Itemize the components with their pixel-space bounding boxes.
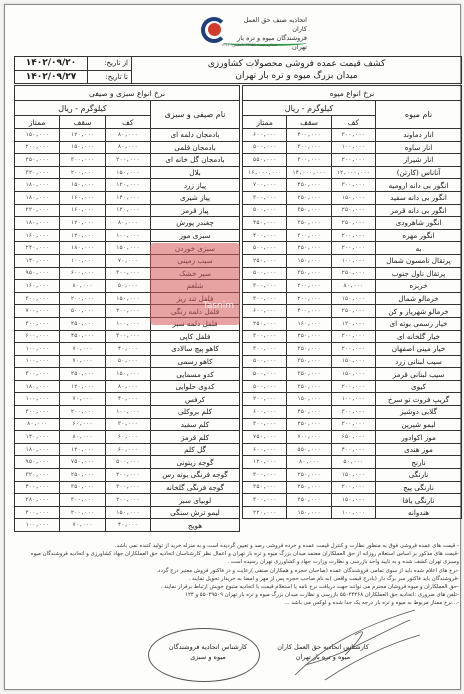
item-name: پیاز قرمز: [151, 204, 240, 217]
max-price: ۲۰۰,۰۰۰: [60, 292, 105, 305]
min-price: ۲۰۰,۰۰۰: [105, 469, 150, 482]
note: -فروشندگان باید فاکتور سر برگ دار (بادرج…: [15, 575, 459, 583]
max-price: ۲۰۰,۰۰۰: [60, 506, 105, 519]
max-price: ۳۵۰,۰۰۰: [287, 267, 331, 280]
table-row: ۲۲۰,۰۰۰۱۶۰,۰۰۰۱۲۰,۰۰۰پیاز قرمز: [15, 204, 240, 217]
min-price: ۳۰۰,۰۰۰: [105, 481, 150, 494]
item-name: پرتقال ناول جنوب: [376, 267, 462, 280]
unit-header: کیلوگرم - ریال: [15, 101, 151, 116]
table-row: ۹۵۰,۰۰۰۷۵۰,۰۰۰۵۰۰,۰۰۰گوجه زیتونی: [15, 456, 240, 469]
premium-price: ۳۰۰,۰۰۰: [243, 494, 287, 507]
max-price: ۲۰۰,۰۰۰: [60, 166, 105, 179]
item-name: انار شیراز: [376, 154, 462, 167]
premium-price: ۳۸۰,۰۰۰: [15, 494, 60, 507]
premium-price: ۷۰۰,۰۰۰: [15, 305, 60, 318]
max-price: ۷۰,۰۰۰: [60, 355, 105, 368]
min-price: ۵۰,۰۰۰: [105, 355, 150, 368]
item-name: انگور بی دانه قرمز: [376, 204, 462, 217]
max-price: ۲۵۰,۰۰۰: [287, 191, 331, 204]
document-title: کشف قیمت عمده فروشی محصولات کشاورزی میدا…: [132, 57, 462, 84]
table-row: ۵۰۰,۰۰۰۳۵۰,۰۰۰۲۵۰,۰۰۰پرتقال ناول جنوب: [243, 267, 462, 280]
min-price: ۲۰۰,۰۰۰: [105, 305, 150, 318]
premium-price: ۴۵۰,۰۰۰: [243, 217, 287, 230]
item-name: به: [376, 242, 462, 255]
table-row: ۵۵۰,۰۰۰۳۰۰,۰۰۰۲۰۰,۰۰۰انار شیراز: [243, 154, 462, 167]
table-row: ۱۲۰,۰۰۰۸۰,۰۰۰۵۰,۰۰۰نارنج: [243, 456, 462, 469]
min-price: ۱۰۰,۰۰۰: [331, 506, 375, 519]
vegetables-section-title: نرخ انواع سبزی و صیفی: [15, 86, 240, 101]
min-price: ۶۰,۰۰۰: [105, 431, 150, 444]
apple-icon: [208, 23, 221, 36]
max-price: ۲۵۰,۰۰۰: [287, 330, 331, 343]
min-price: ۴۰۰,۰۰۰: [331, 443, 375, 456]
table-row: ۶۰۰,۰۰۰۴۰۰,۰۰۰۳۰۰,۰۰۰انار دماوند: [243, 129, 462, 142]
premium-price: ۳۵۰,۰۰۰: [15, 154, 60, 167]
item-name: کاهو پیچ سالادی: [151, 343, 240, 356]
min-price: ۱۴۰,۰۰۰: [105, 191, 150, 204]
item-name: موز اکوادور: [376, 431, 462, 444]
item-name: خیار گلخانه ای: [376, 330, 462, 343]
premium-price: ۹۵۰,۰۰۰: [15, 456, 60, 469]
union-logo: اتحادیه صنف حق العمل کاران فروشندگان میو…: [201, 13, 311, 55]
item-name: نارنگی پیج: [376, 481, 462, 494]
premium-price: ۳۰۰,۰۰۰: [243, 330, 287, 343]
table-row: ۳۰۰,۰۰۰۲۵۰,۰۰۰۱۵۰,۰۰۰نارنگی: [243, 469, 462, 482]
min-price: ۴۰,۰۰۰: [105, 393, 150, 406]
premium-price: ۲۵۰,۰۰۰: [243, 317, 287, 330]
item-name: بادمجان گل خانه ای: [151, 154, 240, 167]
max-price: ۳۰۰,۰۰۰: [287, 229, 331, 242]
max-price: ۳۵۰,۰۰۰: [60, 481, 105, 494]
max-price: ۲۵۰,۰۰۰: [287, 469, 331, 482]
min-price: ۲۵۰,۰۰۰: [331, 305, 375, 318]
max-price: ۸۰,۰۰۰: [60, 280, 105, 293]
name-header: نام صیفی و سبزی: [151, 101, 240, 129]
max-price: ۲۰۰,۰۰۰: [287, 292, 331, 305]
premium-price: ۱۰۰,۰۰۰: [15, 519, 60, 532]
premium-price: ۳۲۰,۰۰۰: [15, 469, 60, 482]
premium-price: ۲۵۰,۰۰۰: [243, 254, 287, 267]
max-price: ۱۵۰,۰۰۰: [60, 179, 105, 192]
premium-price: ۹۵۰,۰۰۰: [15, 267, 60, 280]
item-name: انار ساوه: [376, 141, 462, 154]
min-price: ۱۵۰,۰۰۰: [331, 368, 375, 381]
table-row: ۱۸۰,۰۰۰۱۲۰,۰۰۰۸۰,۰۰۰چغندر پورش: [15, 217, 240, 230]
max-price: ۳۰۰,۰۰۰: [60, 494, 105, 507]
max-price: ۱۵۰,۰۰۰: [287, 393, 331, 406]
item-name: کاهو رسمی: [151, 355, 240, 368]
premium-price: ۴۰۰,۰۰۰: [15, 481, 60, 494]
max-price: ۵۰۰,۰۰۰: [60, 305, 105, 318]
table-row: ۳۵۰,۰۰۰۲۵۰,۰۰۰۲۰۰,۰۰۰نارنگی پیج: [243, 481, 462, 494]
item-name: خرمالو شهریار و کن: [376, 305, 462, 318]
min-price: ۲۰۰,۰۰۰: [331, 242, 375, 255]
min-price: ۱۵۰,۰۰۰: [105, 242, 150, 255]
premium-price: ۷۵۰,۰۰۰: [243, 431, 287, 444]
item-name: پیاز شیری: [151, 191, 240, 204]
max-price: ۷۵۰,۰۰۰: [60, 456, 105, 469]
table-row: ۱۴۰,۰۰۰۸۰,۰۰۰۶۰,۰۰۰کلم قرمز: [15, 431, 240, 444]
premium-price: ۱۸۰,۰۰۰: [15, 443, 60, 456]
table-row: ۳۰۰,۰۰۰۲۰۰,۰۰۰۸۰,۰۰۰خربزه: [243, 280, 462, 293]
min-price: ۲۵۰,۰۰۰: [331, 217, 375, 230]
premium-price: ۱۵۰,۰۰۰: [15, 129, 60, 142]
item-name: نارنگی یافا: [376, 494, 462, 507]
item-name: گل کلم: [151, 443, 240, 456]
table-row: ۲۰۰,۰۰۰۱۵۰,۰۰۰۱۰۰,۰۰۰گریپ فروت تو سرخ: [243, 393, 462, 406]
table-row: ۳۰۰,۰۰۰۲۵۰,۰۰۰۲۰۰,۰۰۰لیمو شیرین: [243, 418, 462, 431]
note: -تلفن های ضروری :اتحادیه حق العملکاران ۵…: [15, 591, 459, 599]
premium-price: ۴۰۰,۰۰۰: [243, 229, 287, 242]
table-row: ۷۵۰,۰۰۰۷۰۰,۰۰۰۶۵۰,۰۰۰موز اکوادور: [243, 431, 462, 444]
premium-price: ۵۰۰,۰۰۰: [243, 204, 287, 217]
max-price: ۴۰۰,۰۰۰: [287, 129, 331, 142]
table-row: ۱۸۰,۰۰۰۱۲۰,۰۰۰۶۰,۰۰۰گل کلم: [15, 443, 240, 456]
max-price: ۶۰,۰۰۰: [60, 418, 105, 431]
min-price: ۲۰۰,۰۰۰: [105, 494, 150, 507]
premium-price: ۲۲۰,۰۰۰: [15, 204, 60, 217]
premium-price: ۳۰۰,۰۰۰: [243, 292, 287, 305]
table-row: ۱۰۰,۰۰۰۷۰,۰۰۰۵۰,۰۰۰کاهو رسمی: [15, 355, 240, 368]
item-name: کیوی: [376, 380, 462, 393]
registration-line: شماره ثبت: ۳۳۹۵۴ تاسیس: ۱۳۹۱: [221, 42, 277, 47]
premium-price: ۳۰۰,۰۰۰: [15, 406, 60, 419]
min-price: ۶۰,۰۰۰: [105, 443, 150, 456]
table-row: ۵۰۰,۰۰۰۳۵۰,۰۰۰۱۵۰,۰۰۰سیب لبنانی قرمز: [243, 368, 462, 381]
min-price: ۱۲۰,۰۰۰: [105, 179, 150, 192]
item-name: کلم سفید: [151, 418, 240, 431]
item-name: نارنج: [376, 456, 462, 469]
min-price: ۸۰,۰۰۰: [331, 280, 375, 293]
min-price: ۱۵۰,۰۰۰: [331, 191, 375, 204]
item-name: بادمجان دلمه ای: [151, 129, 240, 142]
to-date: ۱۴۰۲/۰۹/۲۷: [15, 70, 88, 84]
table-row: ۳۵۰,۰۰۰۳۰۰,۰۰۰۲۰۰,۰۰۰بادمجان گل خانه ای: [15, 154, 240, 167]
table-row: ۶۰۰,۰۰۰۴۰۰,۰۰۰۲۵۰,۰۰۰خرمالو شهریار و کن: [243, 305, 462, 318]
item-name: لوبیای سبز: [151, 494, 240, 507]
max-price: ۱۲۰,۰۰۰: [60, 380, 105, 393]
max-header: سقف: [60, 116, 105, 129]
premium-price: ۱۴۰,۰۰۰: [15, 431, 60, 444]
min-price: ۲۰۰,۰۰۰: [105, 154, 150, 167]
max-price: ۱۴,۰۰۰,۰۰۰: [287, 166, 331, 179]
min-header: کف: [331, 116, 375, 129]
premium-price: ۵۰۰,۰۰۰: [243, 267, 287, 280]
item-name: هندوانه: [376, 506, 462, 519]
item-name: کرفس: [151, 393, 240, 406]
min-price: ۳۰۰,۰۰۰: [331, 406, 375, 419]
premium-price: ۱۰۰,۰۰۰: [15, 393, 60, 406]
premium-price: ۳۰۰,۰۰۰: [15, 506, 60, 519]
max-price: ۸۰,۰۰۰: [60, 431, 105, 444]
item-name: سبزی موز: [151, 229, 240, 242]
min-price: ۳۰۰,۰۰۰: [331, 129, 375, 142]
premium-price: ۱۶۰,۰۰۰: [15, 229, 60, 242]
premium-price: ۱۲۰,۰۰۰: [243, 456, 287, 469]
max-price: ۶۰۰,۰۰۰: [60, 267, 105, 280]
tasnim-watermark: Tasnim: [150, 243, 240, 325]
item-name: هویج: [151, 519, 240, 532]
table-row: ۱۰۰,۰۰۰۷۰,۰۰۰۴۰,۰۰۰هویج: [15, 519, 240, 532]
max-price: ۲۵۰,۰۰۰: [287, 343, 331, 356]
premium-price: ۲۰۰,۰۰۰: [243, 393, 287, 406]
max-price: ۴۵۰,۰۰۰: [287, 179, 331, 192]
max-price: ۱۵۰,۰۰۰: [287, 254, 331, 267]
min-price: ۳۰۰,۰۰۰: [105, 267, 150, 280]
max-price: ۲۵۰,۰۰۰: [287, 418, 331, 431]
fruits-section-title: نرخ انواع میوه: [243, 86, 462, 101]
premium-price: ۵۰۰,۰۰۰: [243, 355, 287, 368]
max-price: ۱۵۰,۰۰۰: [60, 141, 105, 154]
handwritten-signature: [285, 605, 425, 685]
premium-price: ۱۸۰,۰۰۰: [15, 179, 60, 192]
max-price: ۱۲۰,۰۰۰: [60, 229, 105, 242]
min-price: ۶۵۰,۰۰۰: [331, 431, 375, 444]
min-price: ۱۲۰,۰۰۰: [331, 317, 375, 330]
max-price: ۱۲۰,۰۰۰: [60, 129, 105, 142]
max-price: ۵۵۰,۰۰۰: [287, 443, 331, 456]
min-price: ۲۵۰,۰۰۰: [331, 204, 375, 217]
max-price: ۳۵۰,۰۰۰: [287, 368, 331, 381]
max-price: ۳۵۰,۰۰۰: [287, 204, 331, 217]
item-name: کلم بروکلی: [151, 406, 240, 419]
table-row: ۵۰۰,۰۰۰۳۵۰,۰۰۰۱۵۰,۰۰۰سیب لبنانی زرد: [243, 355, 462, 368]
table-row: ۳۲۰,۰۰۰۲۰۰,۰۰۰۱۵۰,۰۰۰بلال: [15, 166, 240, 179]
min-price: ۱۰۰,۰۰۰: [105, 229, 150, 242]
premium-price: ۵۰۰,۰۰۰: [243, 368, 287, 381]
item-name: گوجه فرنگی گلخانه: [151, 481, 240, 494]
min-price: ۱۰۰,۰۰۰: [105, 317, 150, 330]
max-price: ۱۵۰,۰۰۰: [287, 506, 331, 519]
max-price: ۲۵۰,۰۰۰: [60, 317, 105, 330]
premium-price: ۶۰۰,۰۰۰: [243, 443, 287, 456]
table-row: ۱۰۰,۰۰۰۷۰,۰۰۰۴۰,۰۰۰کاهو پیچ سالادی: [15, 343, 240, 356]
max-price: ۷۰,۰۰۰: [60, 393, 105, 406]
min-price: ۳۰۰,۰۰۰: [105, 330, 150, 343]
table-row: ۲۰۰,۰۰۰۱۵۰,۰۰۰۸۰,۰۰۰بادمجان قلمی: [15, 141, 240, 154]
max-price: ۳۵۰,۰۰۰: [287, 355, 331, 368]
item-name: گریپ فروت تو سرخ: [376, 393, 462, 406]
item-name: خیار مینی اصفهان: [376, 343, 462, 356]
signature-vegetable-union: کارشناس اتحادیه فروشندگان میوه و سبزی: [163, 642, 253, 662]
min-price: ۱۵۰,۰۰۰: [331, 292, 375, 305]
table-row: ۲۵۰,۰۰۰۱۶۰,۰۰۰۱۲۰,۰۰۰خیار رسمی بوته ای: [243, 317, 462, 330]
max-price: ۲۵۰,۰۰۰: [287, 481, 331, 494]
premium-price: ۸۰,۰۰۰: [15, 418, 60, 431]
premium-price: ۳۰۰,۰۰۰: [243, 469, 287, 482]
min-price: ۱۰۰,۰۰۰: [331, 141, 375, 154]
item-name: گلابی دوشیز: [376, 406, 462, 419]
header-table: ۱۴۰۲/۰۹/۲۰ از تاریخ: کشف قیمت عمده فروشی…: [14, 56, 462, 84]
table-row: ۳۰۰,۰۰۰۲۰۰,۰۰۰۱۰۰,۰۰۰کلم بروکلی: [15, 406, 240, 419]
item-name: کدو مسمایی: [151, 368, 240, 381]
premium-price: ۶۰۰,۰۰۰: [15, 330, 60, 343]
min-price: ۳۰۰,۰۰۰: [331, 179, 375, 192]
min-price: ۲۰۰,۰۰۰: [331, 380, 375, 393]
min-price: ۲۰۰,۰۰۰: [331, 481, 375, 494]
premium-price: ۳۰۰,۰۰۰: [243, 418, 287, 431]
max-price: ۱۶۰,۰۰۰: [60, 204, 105, 217]
table-row: ۵۰۰,۰۰۰۳۵۰,۰۰۰۲۵۰,۰۰۰انگور بی دانه قرمز: [243, 204, 462, 217]
item-name: پرتقال تامسون شمال: [376, 254, 462, 267]
min-price: ۲۰۰,۰۰۰: [331, 330, 375, 343]
premium-price: ۱۴۰,۰۰۰: [15, 254, 60, 267]
from-date-label: از تاریخ:: [88, 57, 132, 71]
item-name: انگور شاهرودی: [376, 217, 462, 230]
premium-price: ۵۵۰,۰۰۰: [243, 154, 287, 167]
item-name: خرمالو شمال: [376, 292, 462, 305]
min-price: ۱۲۰,۰۰۰: [105, 204, 150, 217]
min-price: ۸۰,۰۰۰: [105, 380, 150, 393]
item-name: لیمو ترش سنگی: [151, 506, 240, 519]
table-row: ۶۰۰,۰۰۰۴۵۰,۰۰۰۳۰۰,۰۰۰گلابی دوشیز: [243, 406, 462, 419]
min-price: ۵۰,۰۰۰: [105, 280, 150, 293]
table-row: ۳۰۰,۰۰۰۲۵۰,۰۰۰۲۰۰,۰۰۰خیار گلخانه ای: [243, 330, 462, 343]
item-name: کلم قرمز: [151, 431, 240, 444]
premium-price: ۲۲۰,۰۰۰: [243, 506, 287, 519]
premium-price: ۵۰۰,۰۰۰: [243, 141, 287, 154]
max-price: ۸۰,۰۰۰: [287, 456, 331, 469]
note: -حق العملکاران و میوه فروشان محترم می تو…: [15, 583, 459, 591]
min-price: ۵۰۰,۰۰۰: [105, 456, 150, 469]
item-name: موز هندی: [376, 443, 462, 456]
premium-price: ۱۰۰,۰۰۰: [15, 343, 60, 356]
min-price: ۱۵۰,۰۰۰: [331, 494, 375, 507]
table-row: ۳۰۰,۰۰۰۲۵۰,۰۰۰۱۵۰,۰۰۰نارنگی یافا: [243, 494, 462, 507]
max-price: ۷۰,۰۰۰: [60, 343, 105, 356]
max-price: ۳۵۰,۰۰۰: [287, 380, 331, 393]
premium-price: ۳۰۰,۰۰۰: [243, 191, 287, 204]
table-row: ۱۸۰,۰۰۰۱۵۰,۰۰۰۱۲۰,۰۰۰پیاز زرد: [15, 179, 240, 192]
premium-price: ۷۰۰,۰۰۰: [243, 179, 287, 192]
min-price: ۱۲,۰۰۰,۰۰۰: [331, 166, 375, 179]
item-name: نارنگی: [376, 469, 462, 482]
max-price: ۱۶۰,۰۰۰: [287, 317, 331, 330]
min-price: ۴۰,۰۰۰: [105, 519, 150, 532]
premium-header: ممتاز: [243, 116, 287, 129]
table-row: ۶۰۰,۰۰۰۴۵۰,۰۰۰۳۰۰,۰۰۰فلفل کاپی: [15, 330, 240, 343]
min-price: ۱۵۰,۰۰۰: [105, 166, 150, 179]
item-name: گوجه زیتونی: [151, 456, 240, 469]
max-price: ۲۵۰,۰۰۰: [60, 469, 105, 482]
from-date: ۱۴۰۲/۰۹/۲۰: [15, 57, 88, 71]
min-price: ۷۰,۰۰۰: [105, 254, 150, 267]
min-price: ۳۰,۰۰۰: [105, 418, 150, 431]
table-row: ۴۰۰,۰۰۰۳۰۰,۰۰۰۲۰۰,۰۰۰انگور مهره: [243, 229, 462, 242]
fruits-table: نرخ انواع میوه کیلوگرم - ریال نام میوه م…: [242, 85, 462, 519]
max-price: ۷۰۰,۰۰۰: [287, 431, 331, 444]
max-price: ۳۵۰,۰۰۰: [287, 217, 331, 230]
table-row: ۱۸۰,۰۰۰۱۲۰,۰۰۰۸۰,۰۰۰کدوی حلوایی: [15, 380, 240, 393]
min-price: ۸۰,۰۰۰: [105, 129, 150, 142]
item-name: انگور بی دانه سفید: [376, 191, 462, 204]
premium-price: ۵۰۰,۰۰۰: [243, 380, 287, 393]
table-row: ۱۵۰,۰۰۰۱۲۰,۰۰۰۸۰,۰۰۰بادمجان دلمه ای: [15, 129, 240, 142]
min-price: ۵۰,۰۰۰: [331, 456, 375, 469]
premium-price: ۱۸۰,۰۰۰: [15, 217, 60, 230]
min-price: ۱۵۰,۰۰۰: [331, 469, 375, 482]
table-row: ۵۰۰,۰۰۰۲۵۰,۰۰۰۲۰۰,۰۰۰به: [243, 242, 462, 255]
min-price: ۱۰۰,۰۰۰: [105, 406, 150, 419]
max-price: ۴۵۰,۰۰۰: [287, 406, 331, 419]
table-row: ۳۰۰,۰۰۰۲۵۰,۰۰۰۱۵۰,۰۰۰کدو مسمایی: [15, 368, 240, 381]
min-price: ۲۵۰,۰۰۰: [331, 267, 375, 280]
premium-price: ۱۸۰,۰۰۰: [15, 380, 60, 393]
min-price: ۸۰,۰۰۰: [105, 141, 150, 154]
item-name: انگور بی دانه ارومیه: [376, 179, 462, 192]
min-price: ۱۰۰,۰۰۰: [331, 254, 375, 267]
max-price: ۷۰,۰۰۰: [60, 519, 105, 532]
item-name: کدوی حلوایی: [151, 380, 240, 393]
item-name: بادمجان قلمی: [151, 141, 240, 154]
max-price: ۱۰۰,۰۰۰: [60, 254, 105, 267]
max-price: ۲۵۰,۰۰۰: [287, 242, 331, 255]
item-name: پیاز زرد: [151, 179, 240, 192]
item-name: انار دماوند: [376, 129, 462, 142]
min-price: ۱۰۰,۰۰۰: [331, 393, 375, 406]
min-price: ۱۵۰,۰۰۰: [105, 368, 150, 381]
premium-price: ۳۵۰,۰۰۰: [243, 481, 287, 494]
max-price: ۴۵۰,۰۰۰: [60, 330, 105, 343]
premium-price: ۳۰۰,۰۰۰: [243, 280, 287, 293]
table-row: ۳۰۰,۰۰۰۲۰۰,۰۰۰۱۵۰,۰۰۰لیمو ترش سنگی: [15, 506, 240, 519]
table-row: ۱۰۰,۰۰۰۷۰,۰۰۰۴۰,۰۰۰کرفس: [15, 393, 240, 406]
max-price: ۳۰۰,۰۰۰: [60, 154, 105, 167]
premium-price: ۱۸۰,۰۰۰: [15, 191, 60, 204]
to-date-label: تا تاریخ:: [88, 70, 132, 84]
min-price: ۲۰۰,۰۰۰: [331, 343, 375, 356]
table-row: ۳۰۰,۰۰۰۲۰۰,۰۰۰۱۵۰,۰۰۰خرمالو شمال: [243, 292, 462, 305]
min-price: ۲۰۰,۰۰۰: [331, 418, 375, 431]
table-row: ۳۲۰,۰۰۰۲۵۰,۰۰۰۲۰۰,۰۰۰گوجه فرنگی بوته رس: [15, 469, 240, 482]
note: -نرخ های اعلام شده باید از سوی تمامی فرو…: [15, 567, 459, 575]
max-price: ۲۰۰,۰۰۰: [287, 280, 331, 293]
note: - قیمت های عمده فروشی فوق به منظور نظارت…: [15, 542, 459, 550]
min-price: ۴۰,۰۰۰: [105, 343, 150, 356]
premium-price: ۳۰۰,۰۰۰: [15, 292, 60, 305]
max-price: ۲۵۰,۰۰۰: [60, 368, 105, 381]
premium-price: ۲۰۰,۰۰۰: [15, 141, 60, 154]
table-row: ۵۰۰,۰۰۰۳۵۰,۰۰۰۲۰۰,۰۰۰کیوی: [243, 380, 462, 393]
table-row: ۶۰۰,۰۰۰۵۵۰,۰۰۰۴۰۰,۰۰۰موز هندی: [243, 443, 462, 456]
premium-price: ۳۰۰,۰۰۰: [243, 343, 287, 356]
max-price: ۳۰۰,۰۰۰: [287, 154, 331, 167]
max-price: ۱۲۰,۰۰۰: [60, 217, 105, 230]
footnotes: - قیمت های عمده فروشی فوق به منظور نظارت…: [15, 542, 459, 608]
table-row: ۳۰۰,۰۰۰۲۵۰,۰۰۰۲۰۰,۰۰۰خیار مینی اصفهان: [243, 343, 462, 356]
item-name: لیمو شیرین: [376, 418, 462, 431]
vegetables-rows: ۱۵۰,۰۰۰۱۲۰,۰۰۰۸۰,۰۰۰بادمجان دلمه ای۲۰۰,۰…: [15, 129, 240, 532]
table-row: ۳۸۰,۰۰۰۳۰۰,۰۰۰۲۰۰,۰۰۰لوبیای سبز: [15, 494, 240, 507]
max-price: ۱۸۰,۰۰۰: [60, 242, 105, 255]
min-price: ۱۵۰,۰۰۰: [105, 292, 150, 305]
item-name: سیب لبنانی زرد: [376, 355, 462, 368]
premium-price: ۶۰۰,۰۰۰: [243, 305, 287, 318]
max-header: سقف: [287, 116, 331, 129]
premium-price: ۲۴۰,۰۰۰: [15, 242, 60, 255]
table-row: ۸۰,۰۰۰۶۰,۰۰۰۳۰,۰۰۰کلم سفید: [15, 418, 240, 431]
max-price: ۴۰۰,۰۰۰: [287, 305, 331, 318]
item-name: چغندر پورش: [151, 217, 240, 230]
item-name: انگور مهره: [376, 229, 462, 242]
price-list-document: اتحادیه صنف حق العمل کاران فروشندگان میو…: [4, 4, 461, 690]
premium-price: ۱۶۰,۰۰۰: [15, 280, 60, 293]
item-name: سیب لبنانی قرمز: [376, 368, 462, 381]
min-price: ۲۰۰,۰۰۰: [331, 154, 375, 167]
premium-header: ممتاز: [15, 116, 60, 129]
table-row: ۲۲۰,۰۰۰۱۵۰,۰۰۰۱۰۰,۰۰۰هندوانه: [243, 506, 462, 519]
min-price: ۱۵۰,۰۰۰: [331, 355, 375, 368]
